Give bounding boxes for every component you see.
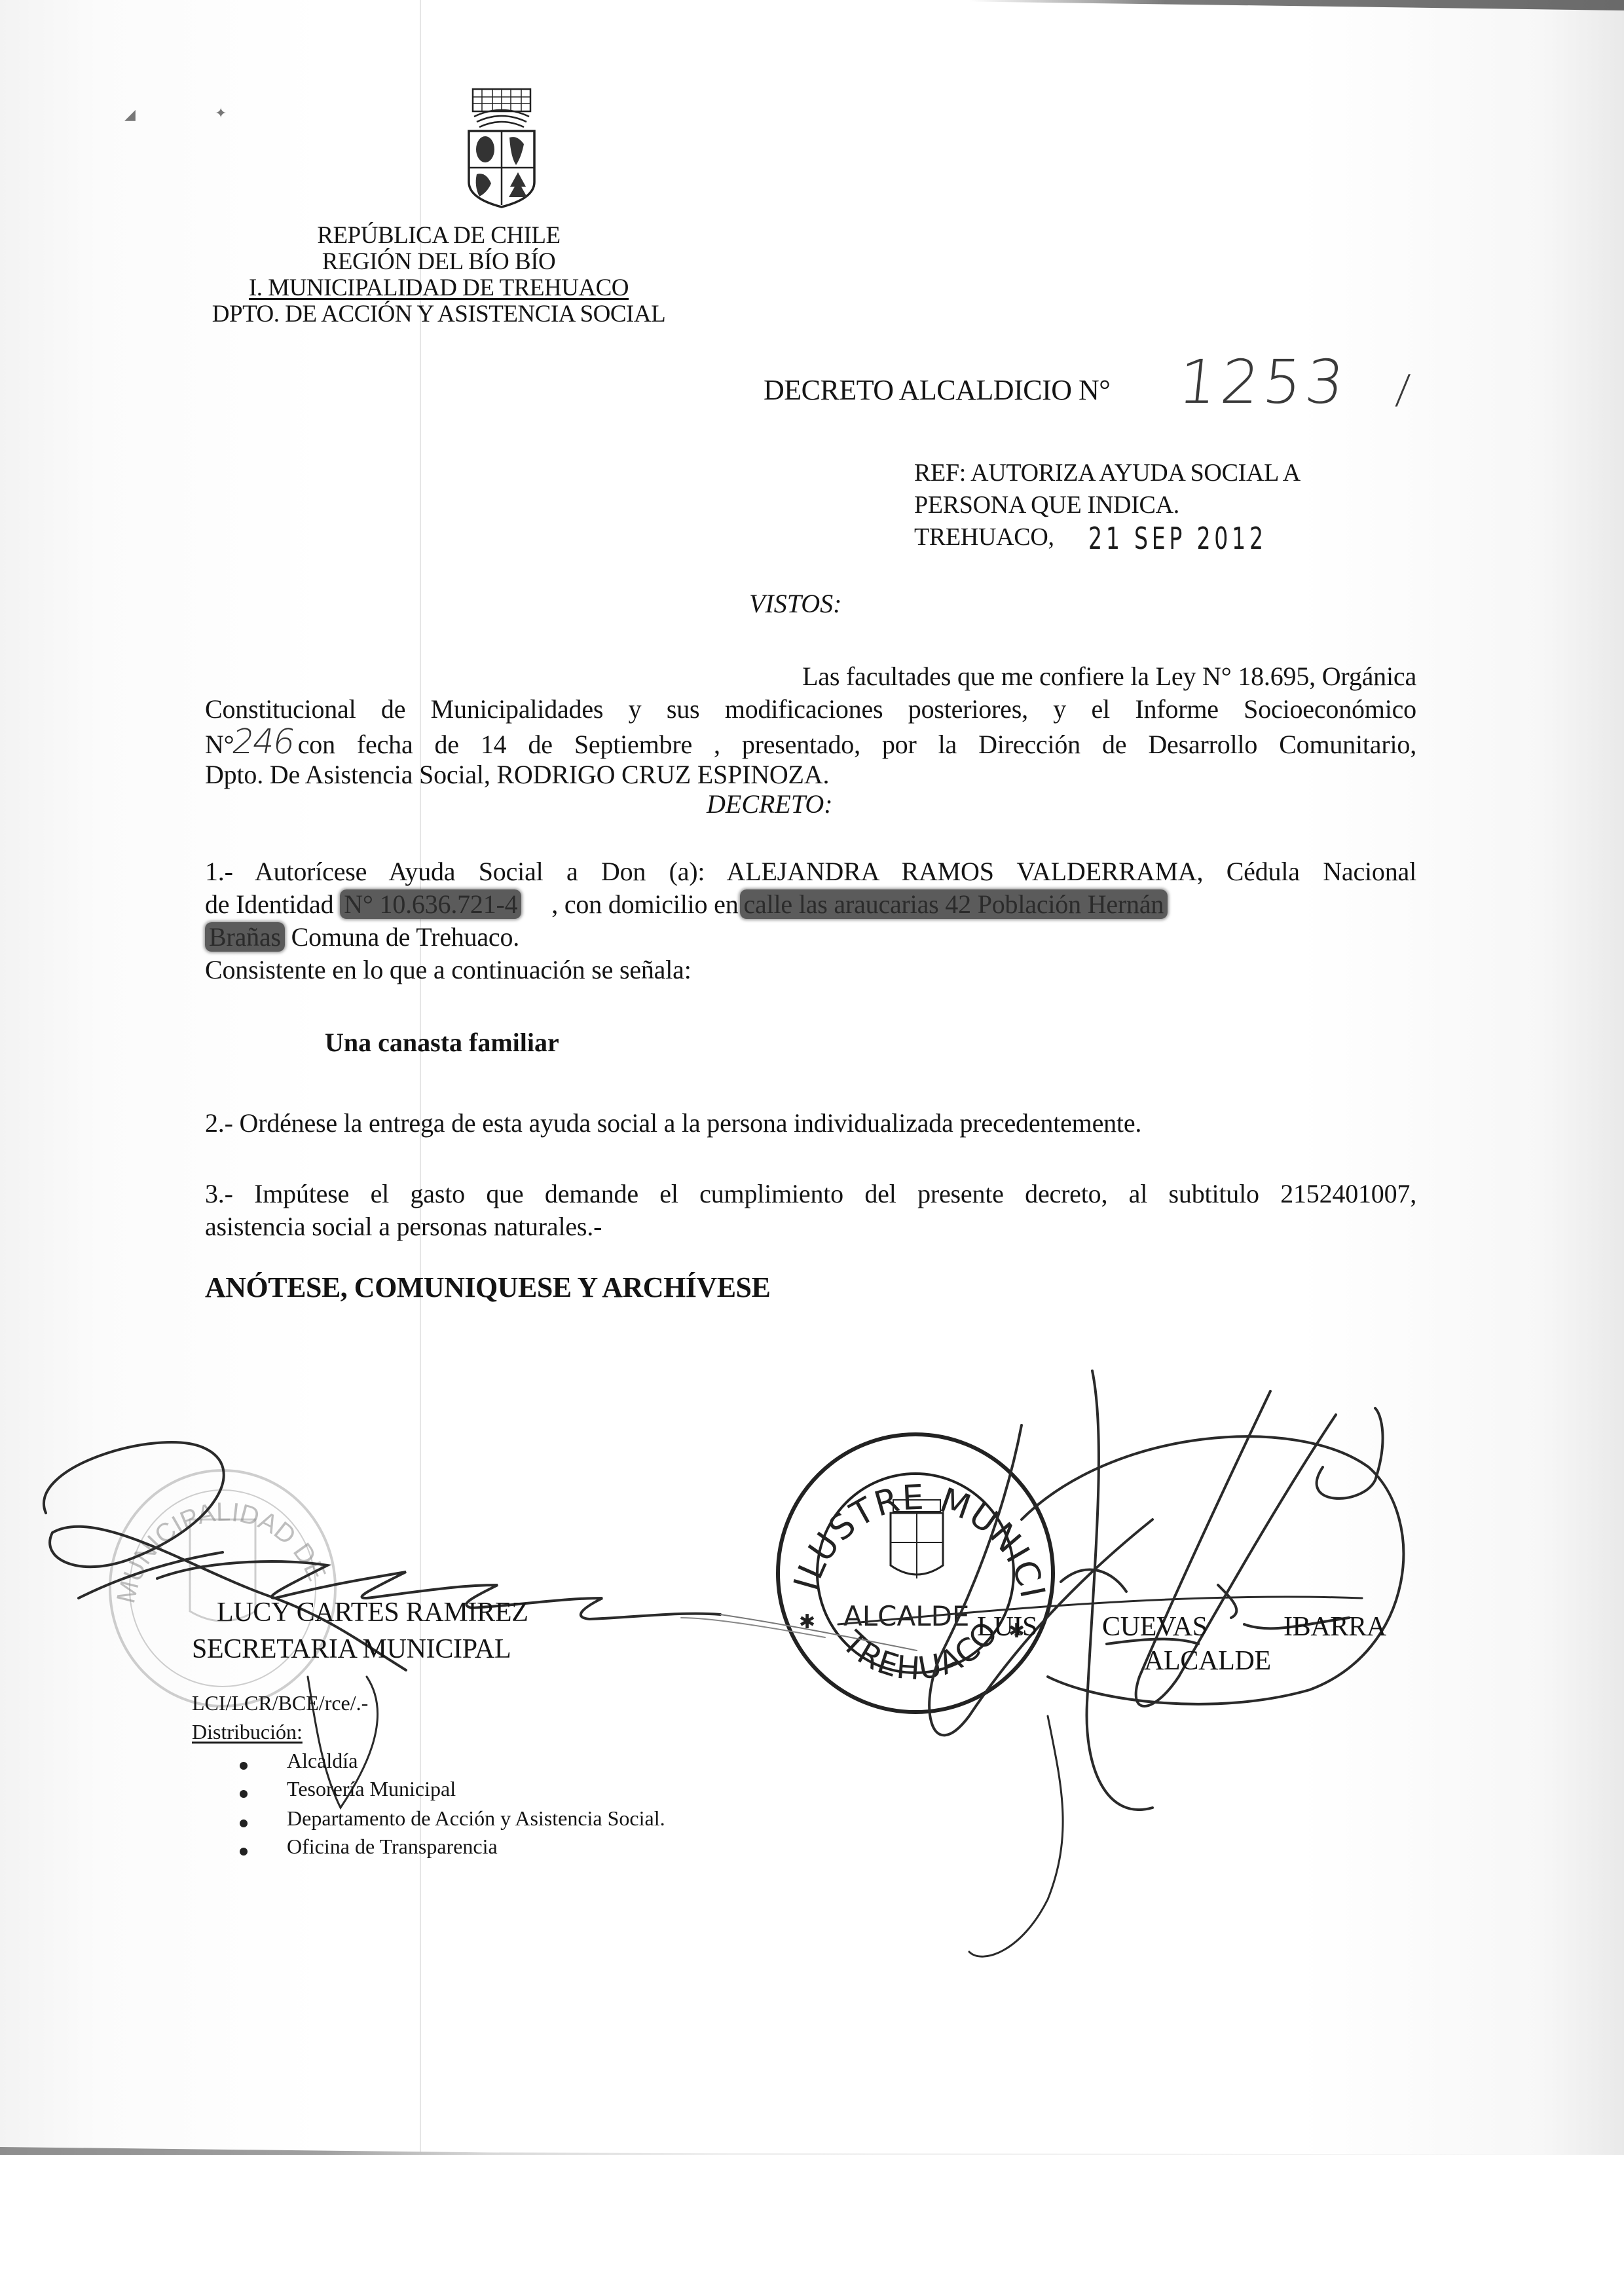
header-line-republic: REPÚBLICA DE CHILE — [196, 223, 681, 249]
header-line-municipality: I. MUNICIPALIDAD DE TREHUACO — [196, 275, 681, 301]
vistos-line-1: Las facultades que me confiere la Ley N°… — [708, 660, 1416, 693]
item-3-line-2: asistencia social a personas naturales.- — [205, 1210, 1416, 1243]
mayor-surname-1: CUEVAS — [1102, 1611, 1208, 1643]
item-1-line-1: 1.- Autorícese Ayuda Social a Don (a): A… — [205, 855, 1416, 888]
commune: Comuna de Trehuaco. — [285, 922, 519, 952]
item-2: 2.- Ordénese la entrega de esta ayuda so… — [205, 1107, 1416, 1140]
id-label: de Identidad — [205, 889, 333, 919]
redacted-address: calle las araucarias 42 Población Hernán — [740, 889, 1168, 919]
distribution-item: Oficina de Transparencia — [287, 1835, 498, 1859]
vistos-line-4: Dpto. De Asistencia Social, RODRIGO CRUZ… — [205, 758, 1416, 791]
bullet-icon — [240, 1762, 248, 1770]
scan-speck: ✦ — [215, 105, 227, 122]
distribution-item: Alcaldía — [287, 1749, 358, 1773]
vistos-line-2: Constitucional de Municipalidades y sus … — [205, 693, 1416, 726]
item-1-line-4: Consistente en lo que a continuación se … — [205, 954, 1416, 986]
header-line-region: REGIÓN DEL BÍO BÍO — [196, 249, 681, 275]
vistos-line-3: N° 246 con fecha de 14 de Septiembre , p… — [205, 726, 1416, 761]
place: TREHUACO, — [914, 523, 1054, 551]
ref-line-2: PERSONA QUE INDICA. — [914, 491, 1179, 519]
date-stamp: 21 SEP 2012 — [1088, 521, 1267, 556]
address-label: , con domicilio en — [551, 889, 738, 919]
distribution-title: Distribución: — [192, 1720, 303, 1744]
distribution-item: Departamento de Acción y Asistencia Soci… — [287, 1806, 665, 1831]
bullet-icon — [240, 1790, 248, 1798]
coat-of-arms-icon — [462, 84, 541, 208]
item-1-line-3: Brañas Comuna de Trehuaco. — [205, 921, 1416, 954]
secretary-title: SECRETARIA MUNICIPAL — [192, 1633, 511, 1665]
redacted-id-number: N° 10.636.721-4 — [340, 889, 521, 919]
mayor-title: ALCALDE — [1144, 1645, 1271, 1677]
redacted-address-cont: Brañas — [205, 922, 285, 952]
decree-number: 1253 — [1175, 347, 1351, 417]
reference-initials: LCI/LCR/BCE/rce/.- — [192, 1691, 368, 1715]
item-3-line-1: 3.- Impútese el gasto que demande el cum… — [205, 1178, 1416, 1210]
bullet-icon — [240, 1848, 248, 1856]
closing-formula: ANÓTESE, COMUNIQUESE Y ARCHÍVESE — [205, 1271, 770, 1304]
scan-speck: ◢ — [124, 106, 136, 123]
ref-line-1: REF: AUTORIZA AYUDA SOCIAL A — [914, 458, 1301, 487]
decree-number-handwritten: 1253 / — [1175, 347, 1418, 417]
secretary-name: LUCY CARTES RAMIREZ — [217, 1597, 528, 1628]
item-1-line-2: de Identidad N° 10.636.721-4 , con domic… — [205, 888, 1416, 921]
distribution-item: Tesorería Municipal — [287, 1777, 456, 1801]
mayor-surname-2: IBARRA — [1283, 1611, 1386, 1643]
vistos-line-3-rest: con fecha de 14 de Septiembre , presenta… — [298, 728, 1416, 761]
vistos-heading: VISTOS: — [749, 588, 841, 619]
decree-title: DECRETO ALCALDICIO N° — [764, 373, 1110, 407]
bullet-icon — [240, 1819, 248, 1827]
decreto-heading: DECRETO: — [707, 789, 833, 819]
mayor-first-name: LUIS — [977, 1611, 1037, 1643]
header-line-department: DPTO. DE ACCIÓN Y ASISTENCIA SOCIAL — [190, 301, 688, 327]
benefit: Una canasta familiar — [325, 1027, 559, 1058]
report-number-handwritten: 246 — [230, 726, 297, 758]
